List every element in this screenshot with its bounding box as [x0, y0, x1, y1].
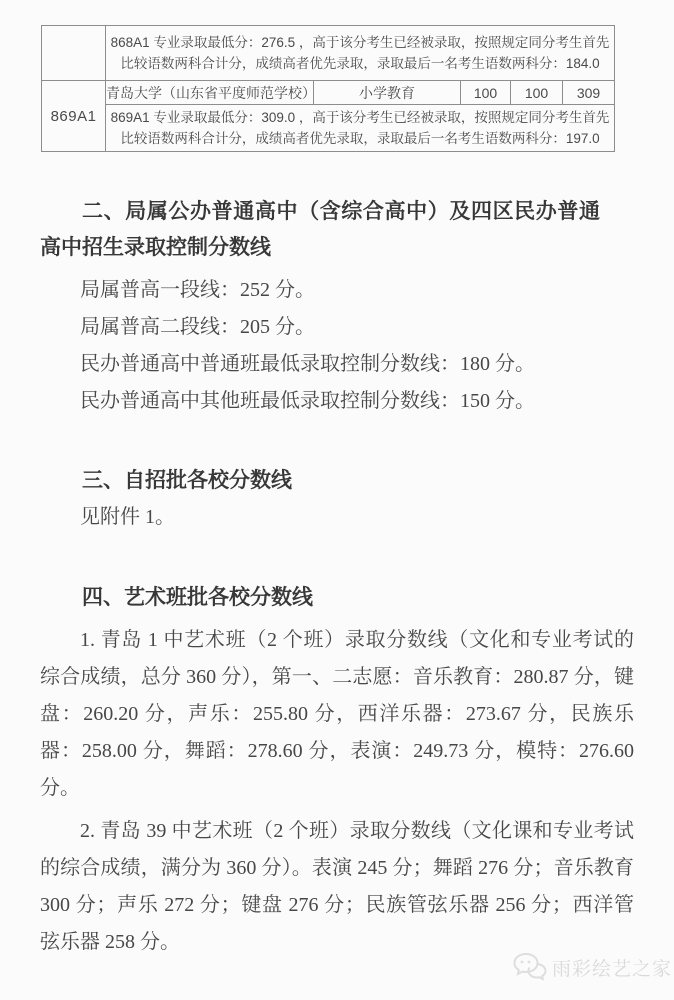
num-cell-3: 309: [563, 81, 615, 105]
note-cell-868: 868A1 专业录取最低分：276.5 ，高于该分考生已经被录取，按照规定同分考…: [106, 26, 615, 81]
admission-score-table: 868A1 专业录取最低分：276.5 ，高于该分考生已经被录取，按照规定同分考…: [41, 25, 615, 152]
art-class-scores-qingdao1: 1. 青岛 1 中艺术班（2 个班）录取分数线（文化和专业考试的综合成绩，总分 …: [40, 622, 634, 807]
section2-heading: 二、局属公办普通高中（含综合高中）及四区民办普通高中招生录取控制分数线: [40, 194, 600, 266]
school-cell: 青岛大学（山东省平度师范学校）: [106, 81, 314, 105]
score-line: 民办普通高中普通班最低录取控制分数线：180 分。: [40, 346, 634, 383]
section3-body: 见附件 1。: [40, 499, 634, 536]
chat-bubbles-logo-icon: [513, 952, 547, 982]
section4-paragraph-1: 1. 青岛 1 中艺术班（2 个班）录取分数线（文化和专业考试的综合成绩，总分 …: [40, 622, 634, 807]
score-line: 民办普通高中其他班最低录取控制分数线：150 分。: [40, 383, 634, 420]
num-cell-2: 100: [511, 81, 563, 105]
code-cell-869: 869A1: [42, 81, 106, 152]
table-row: 868A1 专业录取最低分：276.5 ，高于该分考生已经被录取，按照规定同分考…: [42, 26, 615, 81]
code-cell-868: [42, 26, 106, 81]
art-class-scores-qingdao39: 2. 青岛 39 中艺术班（2 个班）录取分数线（文化课和专业考试的综合成绩，满…: [40, 813, 634, 961]
note-cell-869: 869A1 专业录取最低分：309.0 ，高于该分考生已经被录取，按照规定同分考…: [106, 105, 615, 152]
watermark: 雨彩绘艺之家: [513, 952, 672, 982]
attachment-note: 见附件 1。: [40, 499, 634, 536]
section2-body: 局属普高一段线：252 分。 局属普高二段线：205 分。 民办普通高中普通班最…: [40, 272, 634, 420]
table-row: 869A1 青岛大学（山东省平度师范学校） 小学教育 100 100 309: [42, 81, 615, 105]
watermark-label: 雨彩绘艺之家: [552, 954, 672, 981]
score-line: 局属普高一段线：252 分。: [40, 272, 634, 309]
section3-heading: 三、自招批各校分数线: [40, 463, 634, 499]
section4-heading: 四、艺术班批各校分数线: [40, 580, 634, 616]
document-page: 868A1 专业录取最低分：276.5 ，高于该分考生已经被录取，按照规定同分考…: [0, 0, 674, 1000]
score-line: 局属普高二段线：205 分。: [40, 309, 634, 346]
major-cell: 小学教育: [314, 81, 461, 105]
num-cell-1: 100: [461, 81, 511, 105]
section4-paragraph-2: 2. 青岛 39 中艺术班（2 个班）录取分数线（文化课和专业考试的综合成绩，满…: [40, 813, 634, 961]
table-row: 869A1 专业录取最低分：309.0 ，高于该分考生已经被录取，按照规定同分考…: [42, 105, 615, 152]
